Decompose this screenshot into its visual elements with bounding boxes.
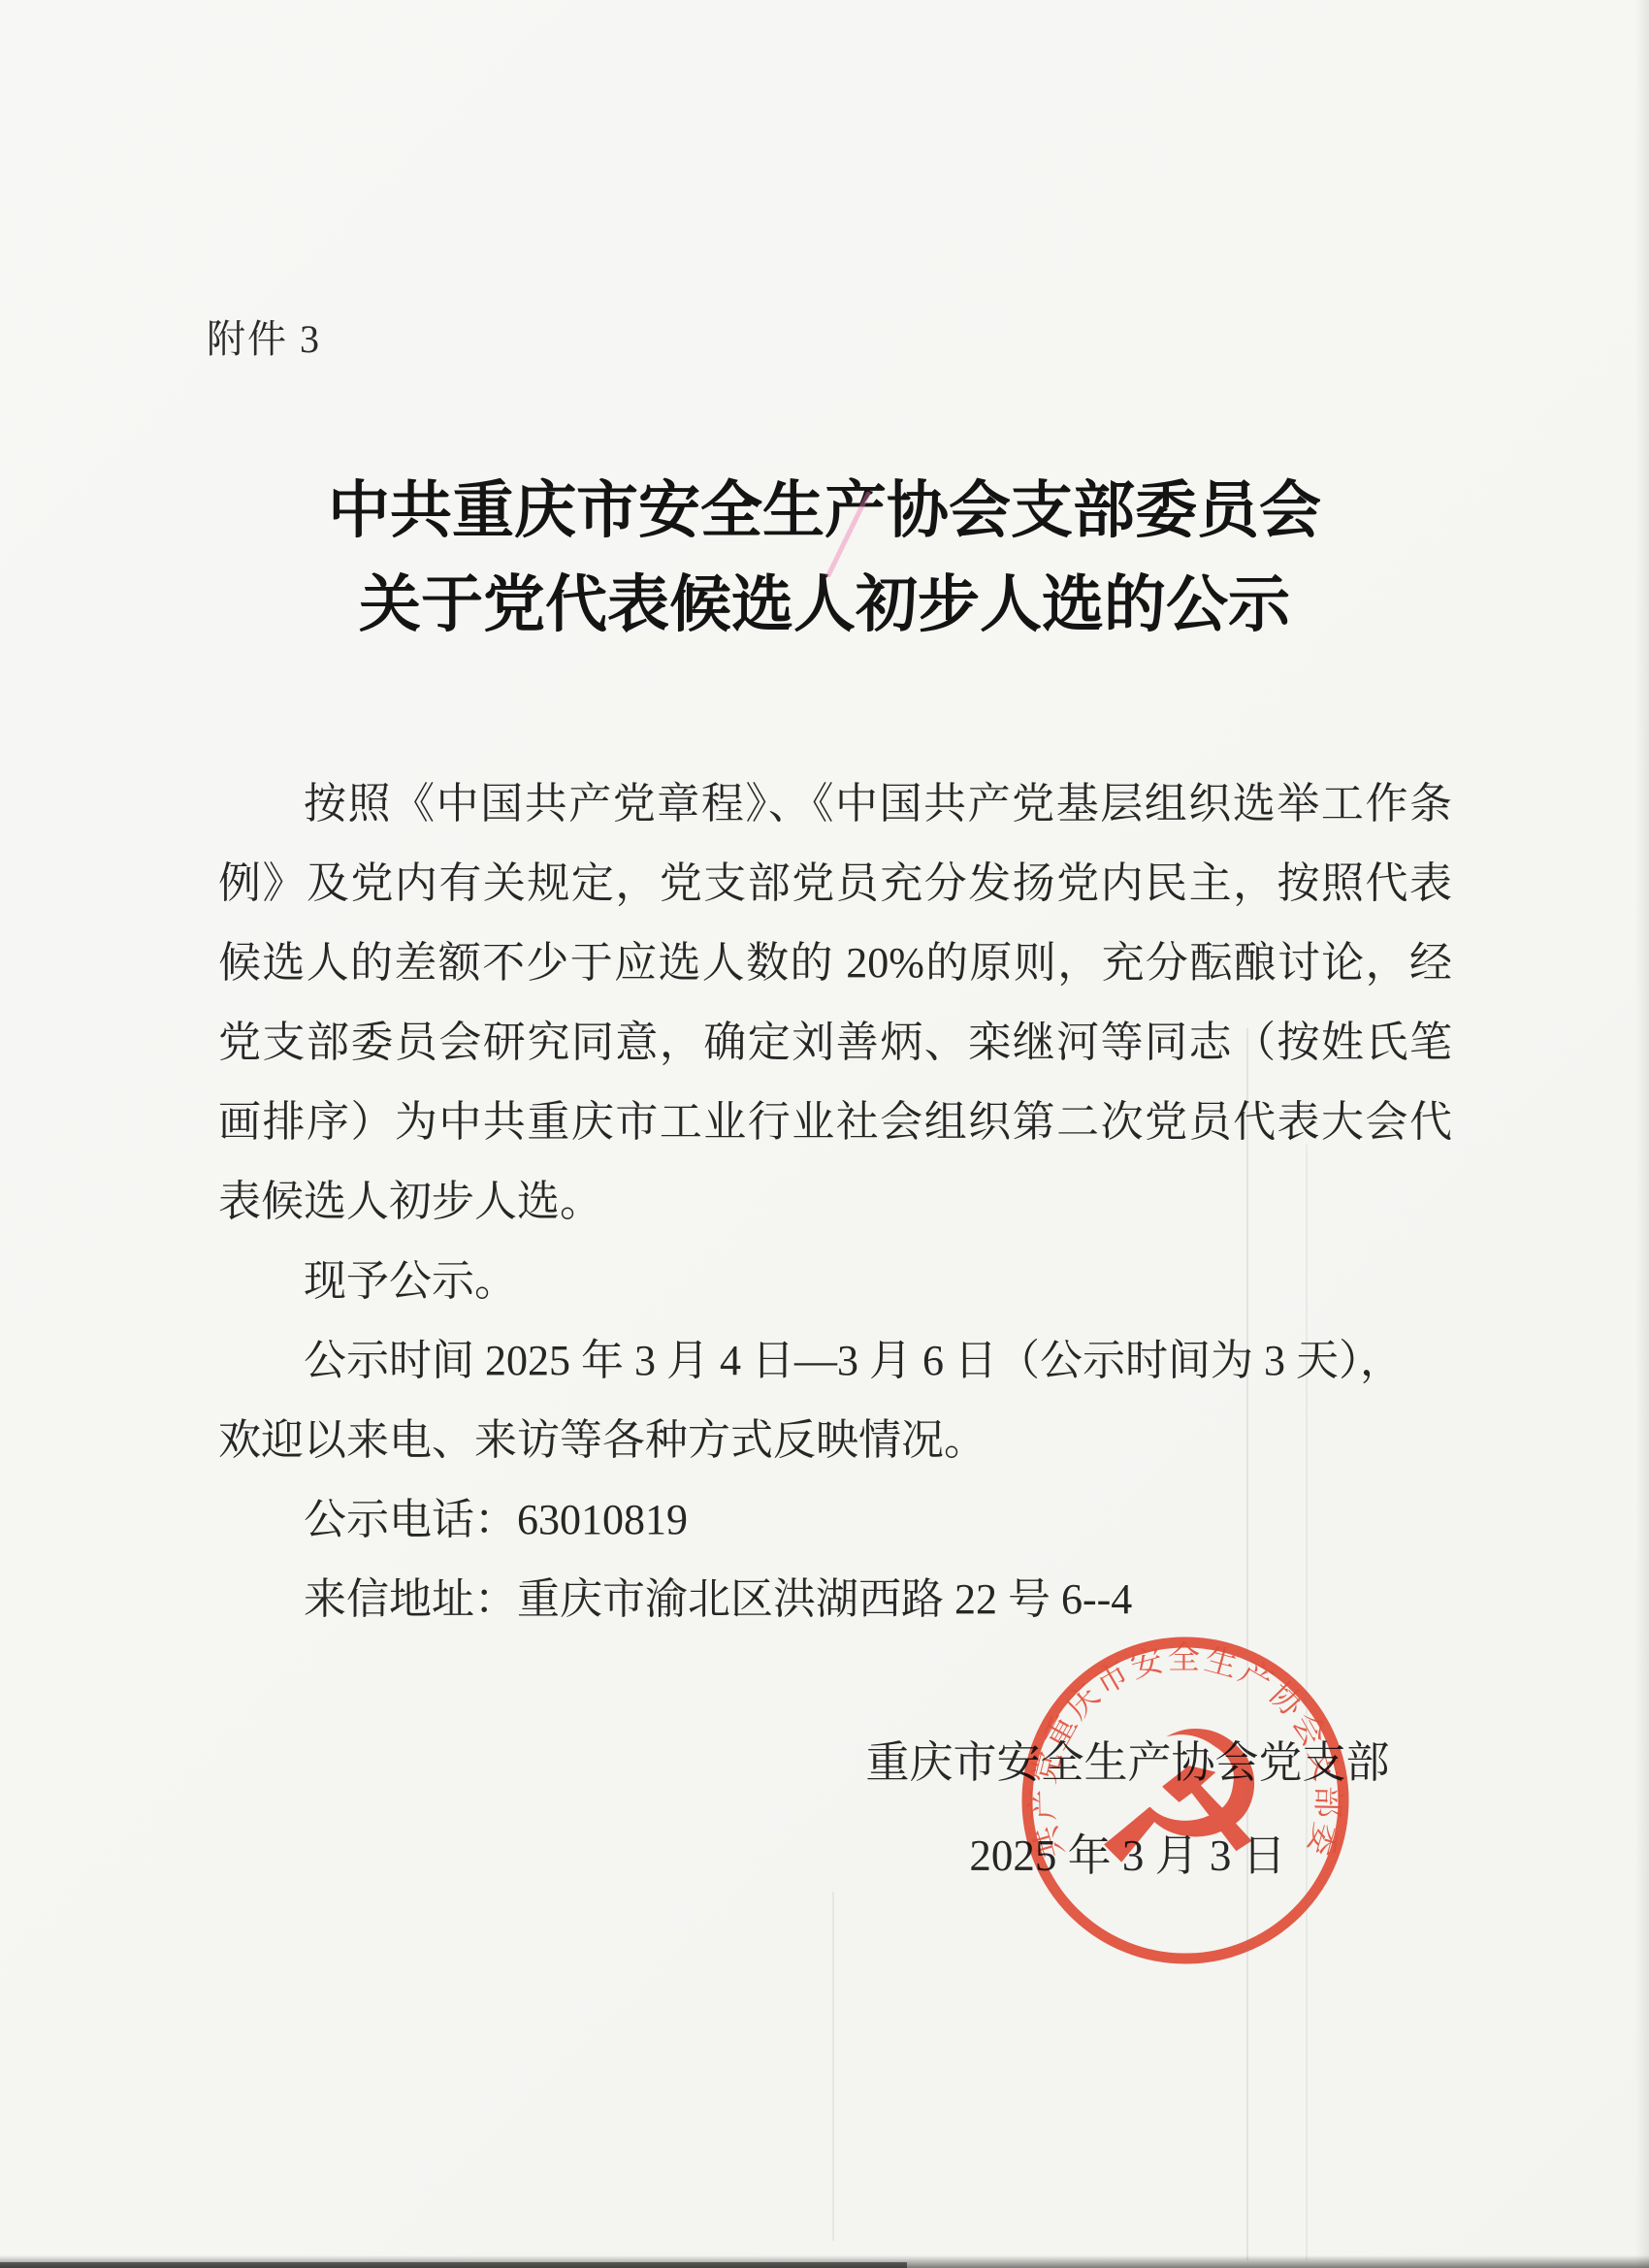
body-line: 现予公示。 xyxy=(218,1242,1452,1321)
body-line: 候选人的差额不少于应选人数的 20%的原则，充分酝酿讨论，经 xyxy=(218,923,1452,1003)
scanned-document-page: 附件 3 中共重庆市安全生产协会支部委员会 关于党代表候选人初步人选的公示 按照… xyxy=(0,0,1649,2268)
document-title: 中共重庆市安全生产协会支部委员会 关于党代表候选人初步人选的公示 xyxy=(0,464,1649,652)
official-seal: 中国共产党重庆市安全生产协会支部委员会 ☭ xyxy=(1011,1626,1360,1975)
title-line-1: 中共重庆市安全生产协会支部委员会 xyxy=(0,464,1649,558)
scan-right-edge xyxy=(1635,0,1649,2268)
body-line: 按照《中国共产党章程》、《中国共产党基层组织选举工作条 xyxy=(218,764,1452,844)
body-line: 例》及党内有关规定，党支部党员充分发扬党内民主，按照代表 xyxy=(218,844,1452,923)
body-line: 画排序）为中共重庆市工业行业社会组织第二次党员代表大会代 xyxy=(218,1083,1452,1162)
paper-crease xyxy=(1306,1145,1308,2260)
body-line: 公示电话：63010819 xyxy=(218,1480,1452,1560)
document-body: 按照《中国共产党章程》、《中国共产党基层组织选举工作条 例》及党内有关规定，党支… xyxy=(218,764,1452,1639)
title-line-2: 关于党代表候选人初步人选的公示 xyxy=(0,558,1649,652)
body-line: 表候选人初步人选。 xyxy=(218,1162,1452,1242)
body-line: 党支部委员会研究同意，确定刘善炳、栾继河等同志（按姓氏笔 xyxy=(218,1003,1452,1083)
paper-crease xyxy=(832,1892,834,2241)
body-line: 欢迎以来电、来访等各种方式反映情况。 xyxy=(218,1401,1452,1480)
hammer-sickle-icon: ☭ xyxy=(1077,1675,1292,1933)
paper-crease xyxy=(1246,1028,1248,2260)
scan-bottom-edge-dark xyxy=(0,2262,907,2268)
attachment-label: 附件 3 xyxy=(207,308,321,364)
body-line: 公示时间 2025 年 3 月 4 日—3 月 6 日（公示时间为 3 天）， xyxy=(218,1321,1452,1401)
